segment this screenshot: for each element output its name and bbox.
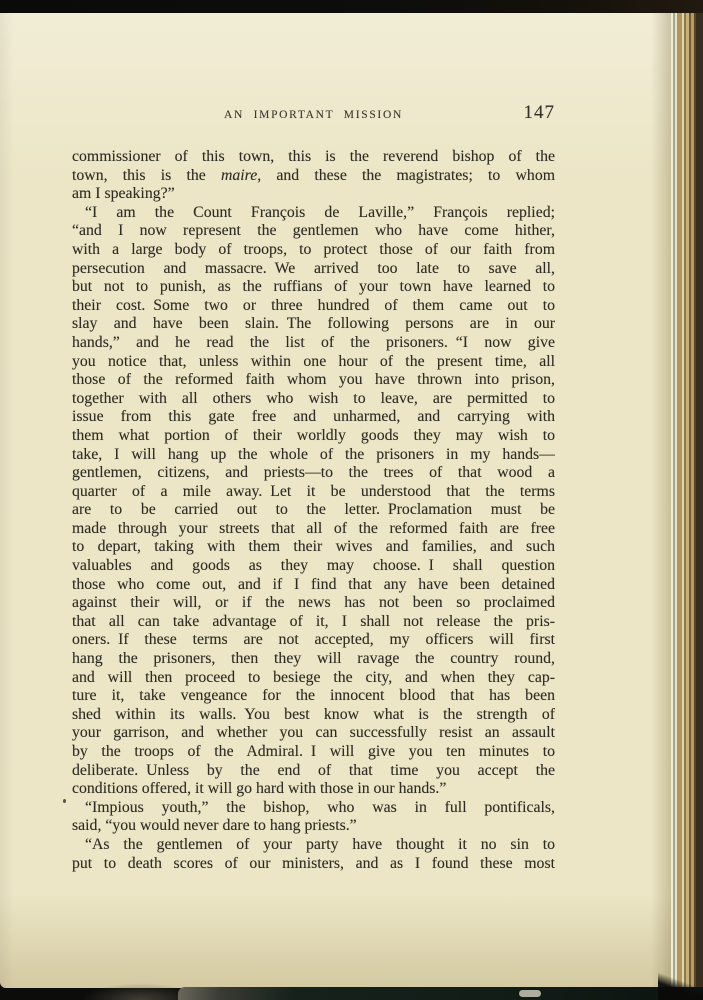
page-curl-highlight	[519, 990, 541, 997]
bottom-edge-strip	[178, 987, 703, 1000]
running-header: AN IMPORTANT MISSION 147	[72, 108, 555, 124]
text-segment: “Impious youth,” the bishop, who was in …	[85, 799, 555, 816]
text-line: to depart, taking with them their wives …	[72, 538, 555, 557]
text-line: conditions offered, it will go hard with…	[72, 780, 555, 799]
text-segment: issue from this gate free and unharmed, …	[72, 408, 555, 425]
text-segment: and will then proceed to besiege the cit…	[72, 669, 555, 686]
text-line: take, I will hang up the whole of the pr…	[72, 446, 555, 465]
text-segment: hands,” and he read the list of the pris…	[72, 334, 555, 351]
page-number: 147	[524, 102, 556, 124]
text-line: “and I now represent the gentlemen who h…	[72, 222, 555, 241]
text-line: quarter of a mile away. Let it be unders…	[72, 483, 555, 502]
top-edge-strip	[0, 0, 703, 13]
text-line: made through your streets that all of th…	[72, 520, 555, 539]
bottom-right-edge-shadow	[658, 970, 703, 1000]
text-segment: ture it, take vengeance for the innocent…	[72, 687, 555, 704]
text-line: oners. If these terms are not accepted, …	[72, 631, 555, 650]
text-segment: take, I will hang up the whole of the pr…	[72, 446, 555, 463]
text-line: you notice that, unless within one hour …	[72, 353, 555, 372]
text-segment: against their will, or if the news has n…	[72, 594, 555, 611]
text-line: town, this is the maire, and these the m…	[72, 167, 555, 186]
text-segment: together with all others who wish to lea…	[72, 390, 555, 407]
text-segment: “and I now represent the gentlemen who h…	[72, 222, 555, 239]
text-segment: put to death scores of our ministers, an…	[72, 855, 555, 872]
text-line: valuables and goods as they may choose. …	[72, 557, 555, 576]
running-header-title: AN IMPORTANT MISSION	[224, 109, 403, 121]
text-segment: and these the magistrates; to whom	[261, 167, 555, 184]
text-line: deliberate. Unless by the end of that ti…	[72, 762, 555, 781]
text-line: commissioner of this town, this is the r…	[72, 148, 555, 167]
text-line: ture it, take vengeance for the innocent…	[72, 687, 555, 706]
text-segment: valuables and goods as they may choose. …	[72, 557, 555, 574]
text-segment: gentlemen, citizens, and priests—to the …	[72, 464, 555, 481]
text-line: your garrison, and whether you can succe…	[72, 724, 555, 743]
text-line: slay and have been slain. The following …	[72, 315, 555, 334]
text-line: “I am the Count François de Laville,” Fr…	[72, 204, 555, 223]
text-segment: made through your streets that all of th…	[72, 520, 555, 537]
text-line: “Impious youth,” the bishop, who was in …	[72, 799, 555, 818]
text-line: those of the reformed faith whom you hav…	[72, 371, 555, 390]
text-segment: commissioner of this town, this is the r…	[72, 148, 555, 165]
text-segment: persecution and massacre. We arrived too…	[72, 260, 555, 277]
text-segment: but not to punish, as the ruffians of yo…	[72, 278, 555, 295]
text-segment: “I am the Count François de Laville,” Fr…	[85, 204, 555, 221]
text-line: issue from this gate free and unharmed, …	[72, 408, 555, 427]
text-segment: town, this is the	[72, 167, 221, 184]
text-line: together with all others who wish to lea…	[72, 390, 555, 409]
text-block: commissioner of this town, this is the r…	[72, 148, 555, 873]
text-segment: oners. If these terms are not accepted, …	[72, 631, 555, 648]
text-line: said, “you would never dare to hang prie…	[72, 817, 555, 836]
text-segment: them what portion of their worldly goods…	[72, 427, 555, 444]
text-line: gentlemen, citizens, and priests—to the …	[72, 464, 555, 483]
text-segment: shed within its walls. You best know wha…	[72, 706, 555, 723]
text-segment: am I speaking?”	[72, 185, 175, 202]
text-segment: deliberate. Unless by the end of that ti…	[72, 762, 555, 779]
text-line: shed within its walls. You best know wha…	[72, 706, 555, 725]
page-stack-edge	[668, 5, 703, 994]
text-line: those who come out, and if I find that a…	[72, 576, 555, 595]
text-segment: slay and have been slain. The following …	[72, 315, 555, 332]
text-line: hang the prisoners, then they will ravag…	[72, 650, 555, 669]
text-line: persecution and massacre. We arrived too…	[72, 260, 555, 279]
text-segment: said, “you would never dare to hang prie…	[72, 817, 357, 834]
page-content: AN IMPORTANT MISSION 147 commissioner of…	[72, 12, 555, 873]
text-segment: with a large body of troops, to protect …	[72, 241, 555, 258]
text-segment: to depart, taking with them their wives …	[72, 538, 555, 555]
text-line: but not to punish, as the ruffians of yo…	[72, 278, 555, 297]
book-scan: AN IMPORTANT MISSION 147 commissioner of…	[0, 0, 703, 1000]
text-line: them what portion of their worldly goods…	[72, 427, 555, 446]
text-segment: their cost. Some two or three hundred of…	[72, 297, 555, 314]
text-line: by the troops of the Admiral. I will giv…	[72, 743, 555, 762]
text-segment: those of the reformed faith whom you hav…	[72, 371, 555, 388]
text-segment: by the troops of the Admiral. I will giv…	[72, 743, 555, 760]
text-segment: your garrison, and whether you can succe…	[72, 724, 555, 741]
print-speck-artifact	[63, 799, 66, 803]
text-line: are to be carried out to the letter. Pro…	[72, 501, 555, 520]
text-line: with a large body of troops, to protect …	[72, 241, 555, 260]
text-segment: you notice that, unless within one hour …	[72, 353, 555, 370]
book-page: AN IMPORTANT MISSION 147 commissioner of…	[0, 12, 671, 988]
text-line: that all can take advantage of it, I sha…	[72, 613, 555, 632]
text-segment: that all can take advantage of it, I sha…	[72, 613, 555, 630]
text-line: their cost. Some two or three hundred of…	[72, 297, 555, 316]
text-segment: conditions offered, it will go hard with…	[72, 780, 446, 797]
text-segment: hang the prisoners, then they will ravag…	[72, 650, 555, 667]
text-segment: “As the gentlemen of your party have tho…	[85, 836, 555, 853]
text-line: and will then proceed to besiege the cit…	[72, 669, 555, 688]
text-line: against their will, or if the news has n…	[72, 594, 555, 613]
text-segment: those who come out, and if I find that a…	[72, 576, 555, 593]
text-line: put to death scores of our ministers, an…	[72, 855, 555, 874]
text-line: hands,” and he read the list of the pris…	[72, 334, 555, 353]
text-line: “As the gentlemen of your party have tho…	[72, 836, 555, 855]
text-segment: are to be carried out to the letter. Pro…	[72, 501, 555, 518]
text-segment: quarter of a mile away. Let it be unders…	[72, 483, 555, 500]
text-line: am I speaking?”	[72, 185, 555, 204]
italic-text-segment: maire,	[221, 167, 261, 184]
